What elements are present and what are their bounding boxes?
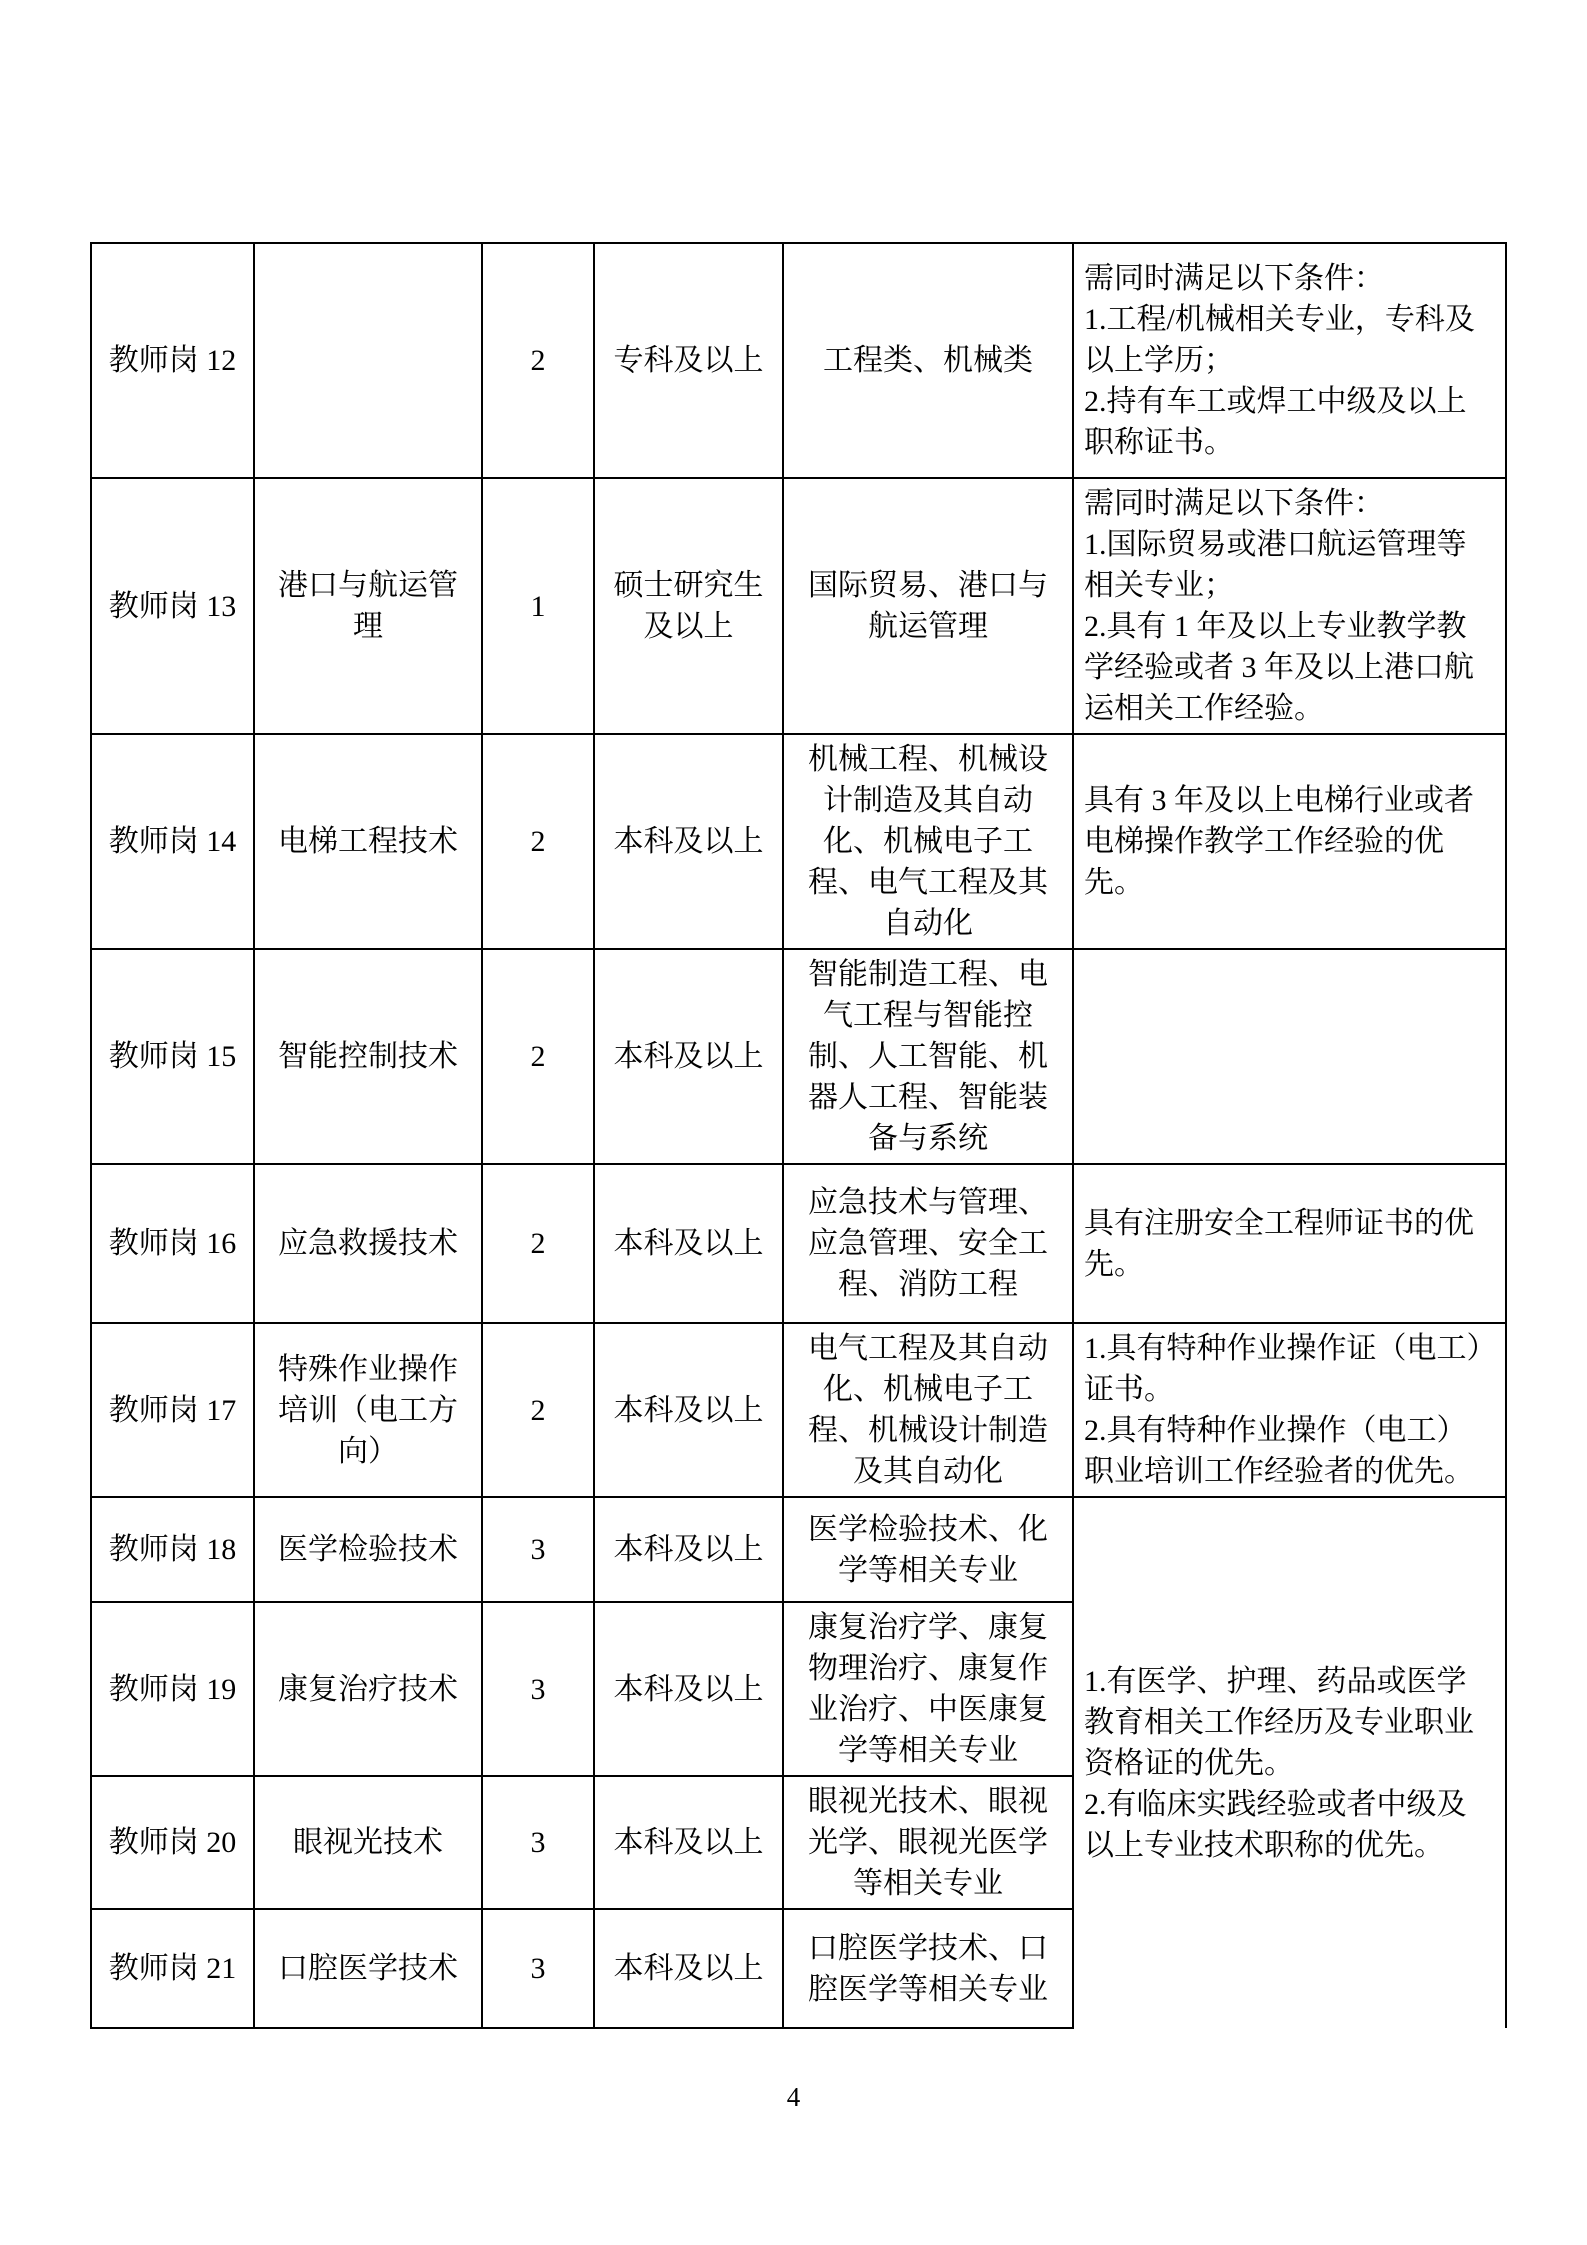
specialty-cell [254, 243, 482, 478]
education-cell: 本科及以上 [594, 734, 783, 949]
specialty-cell: 口腔医学技术 [254, 1909, 482, 2028]
specialty-cell: 特殊作业操作培训（电工方向） [254, 1323, 482, 1497]
conditions-cell: 具有注册安全工程师证书的优先。 [1073, 1164, 1506, 1323]
post-cell: 教师岗 17 [91, 1323, 254, 1497]
education-cell: 硕士研究生及以上 [594, 478, 783, 734]
specialty-cell: 港口与航运管理 [254, 478, 482, 734]
majors-cell: 应急技术与管理、应急管理、安全工程、消防工程 [783, 1164, 1073, 1323]
conditions-cell: 具有 3 年及以上电梯行业或者电梯操作教学工作经验的优先。 [1073, 734, 1506, 949]
education-cell: 本科及以上 [594, 1602, 783, 1776]
specialty-cell: 智能控制技术 [254, 949, 482, 1164]
document-page: 教师岗 12 2 专科及以上 工程类、机械类 需同时满足以下条件： 1.工程/机… [0, 0, 1587, 2245]
count-cell: 3 [482, 1602, 594, 1776]
post-cell: 教师岗 16 [91, 1164, 254, 1323]
count-cell: 3 [482, 1776, 594, 1909]
conditions-cell: 需同时满足以下条件： 1.工程/机械相关专业，专科及以上学历； 2.持有车工或焊… [1073, 243, 1506, 478]
majors-cell: 机械工程、机械设计制造及其自动化、机械电子工程、电气工程及其自动化 [783, 734, 1073, 949]
majors-cell: 眼视光技术、眼视光学、眼视光医学等相关专业 [783, 1776, 1073, 1909]
post-cell: 教师岗 14 [91, 734, 254, 949]
conditions-cell: 需同时满足以下条件： 1.国际贸易或港口航运管理等相关专业； 2.具有 1 年及… [1073, 478, 1506, 734]
specialty-cell: 康复治疗技术 [254, 1602, 482, 1776]
conditions-cell [1073, 949, 1506, 1164]
count-cell: 3 [482, 1909, 594, 2028]
education-cell: 本科及以上 [594, 1776, 783, 1909]
majors-cell: 医学检验技术、化学等相关专业 [783, 1497, 1073, 1602]
count-cell: 3 [482, 1497, 594, 1602]
merged-conditions-cell: 1.有医学、护理、药品或医学教育相关工作经历及专业职业资格证的优先。 2.有临床… [1073, 1497, 1506, 2028]
education-cell: 专科及以上 [594, 243, 783, 478]
post-cell: 教师岗 18 [91, 1497, 254, 1602]
table-row: 教师岗 18 医学检验技术 3 本科及以上 医学检验技术、化学等相关专业 1.有… [91, 1497, 1506, 1602]
count-cell: 2 [482, 1323, 594, 1497]
post-cell: 教师岗 21 [91, 1909, 254, 2028]
post-cell: 教师岗 19 [91, 1602, 254, 1776]
table-row: 教师岗 15 智能控制技术 2 本科及以上 智能制造工程、电气工程与智能控制、人… [91, 949, 1506, 1164]
post-cell: 教师岗 20 [91, 1776, 254, 1909]
specialty-cell: 医学检验技术 [254, 1497, 482, 1602]
specialty-cell: 电梯工程技术 [254, 734, 482, 949]
specialty-cell: 应急救援技术 [254, 1164, 482, 1323]
majors-cell: 口腔医学技术、口腔医学等相关专业 [783, 1909, 1073, 2028]
count-cell: 2 [482, 734, 594, 949]
education-cell: 本科及以上 [594, 1497, 783, 1602]
table-row: 教师岗 16 应急救援技术 2 本科及以上 应急技术与管理、应急管理、安全工程、… [91, 1164, 1506, 1323]
education-cell: 本科及以上 [594, 1323, 783, 1497]
majors-cell: 康复治疗学、康复物理治疗、康复作业治疗、中医康复学等相关专业 [783, 1602, 1073, 1776]
count-cell: 1 [482, 478, 594, 734]
post-cell: 教师岗 13 [91, 478, 254, 734]
education-cell: 本科及以上 [594, 1164, 783, 1323]
table-row: 教师岗 14 电梯工程技术 2 本科及以上 机械工程、机械设计制造及其自动化、机… [91, 734, 1506, 949]
majors-cell: 工程类、机械类 [783, 243, 1073, 478]
education-cell: 本科及以上 [594, 949, 783, 1164]
education-cell: 本科及以上 [594, 1909, 783, 2028]
count-cell: 2 [482, 1164, 594, 1323]
count-cell: 2 [482, 949, 594, 1164]
majors-cell: 智能制造工程、电气工程与智能控制、人工智能、机器人工程、智能装备与系统 [783, 949, 1073, 1164]
specialty-cell: 眼视光技术 [254, 1776, 482, 1909]
table-row: 教师岗 17 特殊作业操作培训（电工方向） 2 本科及以上 电气工程及其自动化、… [91, 1323, 1506, 1497]
post-cell: 教师岗 15 [91, 949, 254, 1164]
majors-cell: 电气工程及其自动化、机械电子工程、机械设计制造及其自动化 [783, 1323, 1073, 1497]
table-row: 教师岗 12 2 专科及以上 工程类、机械类 需同时满足以下条件： 1.工程/机… [91, 243, 1506, 478]
majors-cell: 国际贸易、港口与航运管理 [783, 478, 1073, 734]
conditions-cell: 1.具有特种作业操作证（电工）证书。 2.具有特种作业操作（电工）职业培训工作经… [1073, 1323, 1506, 1497]
post-cell: 教师岗 12 [91, 243, 254, 478]
table-row: 教师岗 13 港口与航运管理 1 硕士研究生及以上 国际贸易、港口与航运管理 需… [91, 478, 1506, 734]
recruitment-table: 教师岗 12 2 专科及以上 工程类、机械类 需同时满足以下条件： 1.工程/机… [90, 242, 1507, 2029]
count-cell: 2 [482, 243, 594, 478]
page-number: 4 [0, 2082, 1587, 2113]
